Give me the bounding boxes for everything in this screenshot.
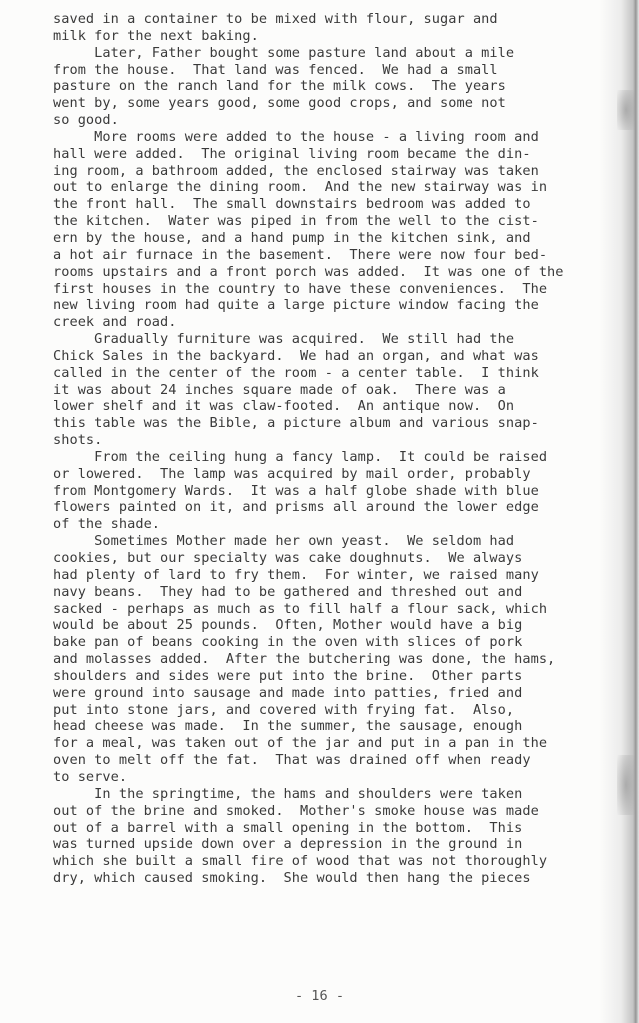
- text-line: new living room had quite a large pictur…: [53, 297, 613, 314]
- text-line: was turned upside down over a depression…: [53, 836, 613, 853]
- text-line: From the ceiling hung a fancy lamp. It c…: [53, 449, 613, 466]
- text-line: from Montgomery Wards. It was a half glo…: [53, 483, 613, 500]
- text-line: so good.: [53, 112, 613, 129]
- text-line: out of a barrel with a small opening in …: [53, 820, 613, 837]
- text-line: flowers painted on it, and prisms all ar…: [53, 499, 613, 516]
- text-line: More rooms were added to the house - a l…: [53, 129, 613, 146]
- page-number: - 16 -: [0, 988, 639, 1004]
- text-line: Chick Sales in the backyard. We had an o…: [53, 348, 613, 365]
- text-line: milk for the next baking.: [53, 28, 613, 45]
- text-line: first houses in the country to have thes…: [53, 281, 613, 298]
- text-line: Later, Father bought some pasture land a…: [53, 45, 613, 62]
- text-line: the kitchen. Water was piped in from the…: [53, 213, 613, 230]
- text-line: this table was the Bible, a picture albu…: [53, 415, 613, 432]
- text-line: shoulders and sides were put into the br…: [53, 668, 613, 685]
- text-line: out of the brine and smoked. Mother's sm…: [53, 803, 613, 820]
- text-line: oven to melt off the fat. That was drain…: [53, 752, 613, 769]
- text-line: put into stone jars, and covered with fr…: [53, 702, 613, 719]
- text-line: or lowered. The lamp was acquired by mai…: [53, 466, 613, 483]
- text-line: head cheese was made. In the summer, the…: [53, 718, 613, 735]
- text-line: had plenty of lard to fry them. For wint…: [53, 567, 613, 584]
- text-line: from the house. That land was fenced. We…: [53, 62, 613, 79]
- text-line: ing room, a bathroom added, the enclosed…: [53, 163, 613, 180]
- text-line: dry, which caused smoking. She would the…: [53, 870, 613, 887]
- text-line: cookies, but our specialty was cake doug…: [53, 550, 613, 567]
- text-line: called in the center of the room - a cen…: [53, 365, 613, 382]
- text-line: rooms upstairs and a front porch was add…: [53, 264, 613, 281]
- page-crease: [617, 755, 635, 815]
- text-line: a hot air furnace in the basement. There…: [53, 247, 613, 264]
- page-crease: [617, 90, 635, 130]
- text-line: shots.: [53, 432, 613, 449]
- text-line: Sometimes Mother made her own yeast. We …: [53, 533, 613, 550]
- text-line: would be about 25 pounds. Often, Mother …: [53, 617, 613, 634]
- text-line: Gradually furniture was acquired. We sti…: [53, 331, 613, 348]
- text-line: In the springtime, the hams and shoulder…: [53, 786, 613, 803]
- document-body: saved in a container to be mixed with fl…: [53, 11, 613, 887]
- text-line: out to enlarge the dining room. And the …: [53, 179, 613, 196]
- text-line: navy beans. They had to be gathered and …: [53, 584, 613, 601]
- text-line: lower shelf and it was claw-footed. An a…: [53, 398, 613, 415]
- text-line: saved in a container to be mixed with fl…: [53, 11, 613, 28]
- text-line: which she built a small fire of wood tha…: [53, 853, 613, 870]
- text-line: to serve.: [53, 769, 613, 786]
- text-line: went by, some years good, some good crop…: [53, 95, 613, 112]
- text-line: bake pan of beans cooking in the oven wi…: [53, 634, 613, 651]
- text-line: sacked - perhaps as much as to fill half…: [53, 601, 613, 618]
- text-line: of the shade.: [53, 516, 613, 533]
- text-line: hall were added. The original living roo…: [53, 146, 613, 163]
- text-line: the front hall. The small downstairs bed…: [53, 196, 613, 213]
- text-line: creek and road.: [53, 314, 613, 331]
- text-line: it was about 24 inches square made of oa…: [53, 382, 613, 399]
- text-line: ern by the house, and a hand pump in the…: [53, 230, 613, 247]
- text-line: were ground into sausage and made into p…: [53, 685, 613, 702]
- text-line: for a meal, was taken out of the jar and…: [53, 735, 613, 752]
- text-line: pasture on the ranch land for the milk c…: [53, 78, 613, 95]
- text-line: and molasses added. After the butchering…: [53, 651, 613, 668]
